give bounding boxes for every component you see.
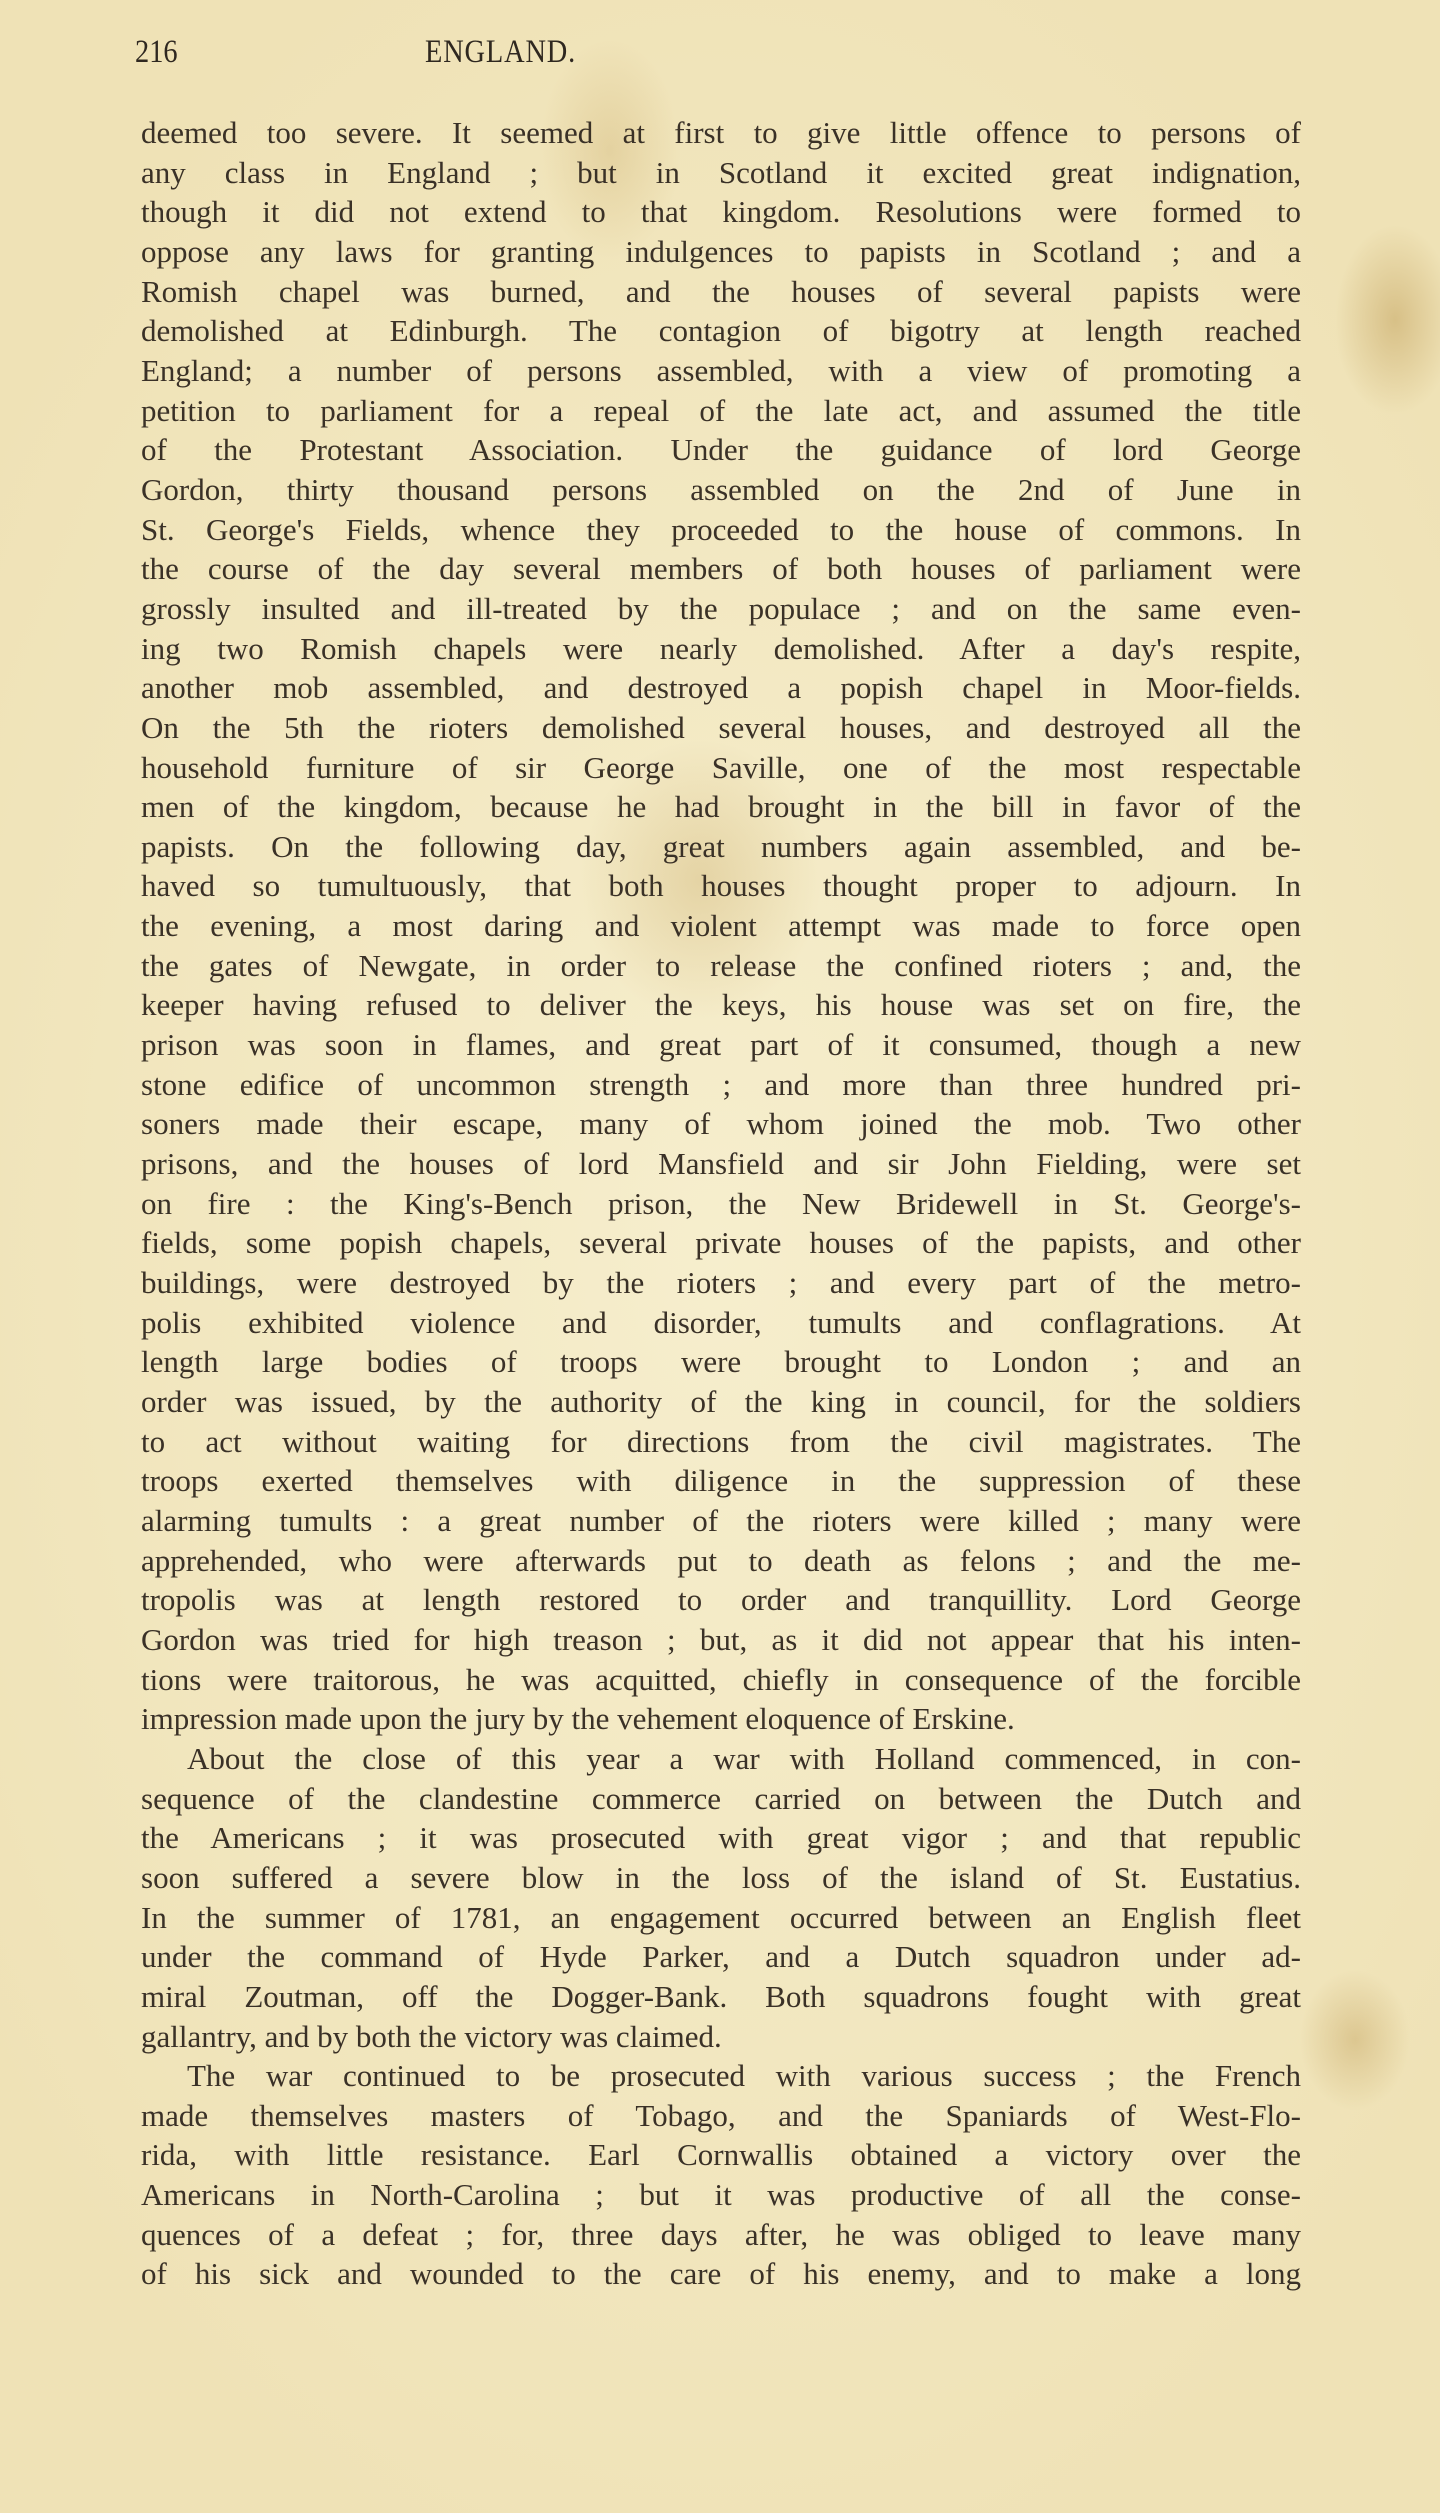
text-line: quences of a defeat ; for, three days af… (141, 2215, 1301, 2255)
text-line: gallantry, and by both the victory was c… (141, 2017, 1301, 2057)
text-line: alarming tumults : a great number of the… (141, 1501, 1301, 1541)
text-line: another mob assembled, and destroyed a p… (141, 668, 1301, 708)
text-line: ing two Romish chapels were nearly demol… (141, 629, 1301, 669)
text-line: soners made their escape, many of whom j… (141, 1104, 1301, 1144)
text-line: tropolis was at length restored to order… (141, 1580, 1301, 1620)
text-line: Americans in North-Carolina ; but it was… (141, 2175, 1301, 2215)
text-line: St. George's Fields, whence they proceed… (141, 510, 1301, 550)
text-line: grossly insulted and ill-treated by the … (141, 589, 1301, 629)
text-line: England; a number of persons assembled, … (141, 351, 1301, 391)
text-line: soon suffered a severe blow in the loss … (141, 1858, 1301, 1898)
text-line: tions were traitorous, he was acquitted,… (141, 1660, 1301, 1700)
text-line: polis exhibited violence and disorder, t… (141, 1303, 1301, 1343)
text-line: stone edifice of uncommon strength ; and… (141, 1065, 1301, 1105)
body-text: deemed too severe. It seemed at first to… (141, 113, 1301, 2294)
running-head: 216 ENGLAND. (135, 34, 1305, 74)
text-line: to act without waiting for directions fr… (141, 1422, 1301, 1462)
book-page: 216 ENGLAND. deemed too severe. It seeme… (0, 0, 1440, 2513)
text-line: demolished at Edinburgh. The contagion o… (141, 311, 1301, 351)
text-line: Gordon, thirty thousand persons assemble… (141, 470, 1301, 510)
text-line: Gordon was tried for high treason ; but,… (141, 1620, 1301, 1660)
text-line: On the 5th the rioters demolished severa… (141, 708, 1301, 748)
text-line: haved so tumultuously, that both houses … (141, 866, 1301, 906)
text-line: the Americans ; it was prosecuted with g… (141, 1818, 1301, 1858)
text-line: apprehended, who were afterwards put to … (141, 1541, 1301, 1581)
text-line: deemed too severe. It seemed at first to… (141, 113, 1301, 153)
text-line: household furniture of sir George Savill… (141, 748, 1301, 788)
text-line: oppose any laws for granting indulgences… (141, 232, 1301, 272)
text-line: fields, some popish chapels, several pri… (141, 1223, 1301, 1263)
text-line: the gates of Newgate, in order to releas… (141, 946, 1301, 986)
text-line: men of the kingdom, because he had broug… (141, 787, 1301, 827)
text-line: though it did not extend to that kingdom… (141, 192, 1301, 232)
text-line: petition to parliament for a repeal of t… (141, 391, 1301, 431)
text-line: About the close of this year a war with … (141, 1739, 1301, 1779)
text-line: keeper having refused to deliver the key… (141, 985, 1301, 1025)
text-line: impression made upon the jury by the veh… (141, 1699, 1301, 1739)
text-line: sequence of the clandestine commerce car… (141, 1779, 1301, 1819)
text-line: under the command of Hyde Parker, and a … (141, 1937, 1301, 1977)
text-line: buildings, were destroyed by the rioters… (141, 1263, 1301, 1303)
text-line: papists. On the following day, great num… (141, 827, 1301, 867)
text-line: of the Protestant Association. Under the… (141, 430, 1301, 470)
text-line: In the summer of 1781, an engagement occ… (141, 1898, 1301, 1938)
text-line: The war continued to be prosecuted with … (141, 2056, 1301, 2096)
text-line: made themselves masters of Tobago, and t… (141, 2096, 1301, 2136)
text-line: the course of the day several members of… (141, 549, 1301, 589)
text-line: miral Zoutman, off the Dogger-Bank. Both… (141, 1977, 1301, 2017)
text-line: the evening, a most daring and violent a… (141, 906, 1301, 946)
text-line: length large bodies of troops were broug… (141, 1342, 1301, 1382)
text-line: prison was soon in flames, and great par… (141, 1025, 1301, 1065)
page-number: 216 (135, 34, 178, 71)
text-line: any class in England ; but in Scotland i… (141, 153, 1301, 193)
text-line: order was issued, by the authority of th… (141, 1382, 1301, 1422)
text-line: of his sick and wounded to the care of h… (141, 2254, 1301, 2294)
text-line: prisons, and the houses of lord Mansfiel… (141, 1144, 1301, 1184)
text-line: troops exerted themselves with diligence… (141, 1461, 1301, 1501)
text-line: rida, with little resistance. Earl Cornw… (141, 2135, 1301, 2175)
text-line: Romish chapel was burned, and the houses… (141, 272, 1301, 312)
text-line: on fire : the King's-Bench prison, the N… (141, 1184, 1301, 1224)
running-title: ENGLAND. (425, 34, 576, 71)
